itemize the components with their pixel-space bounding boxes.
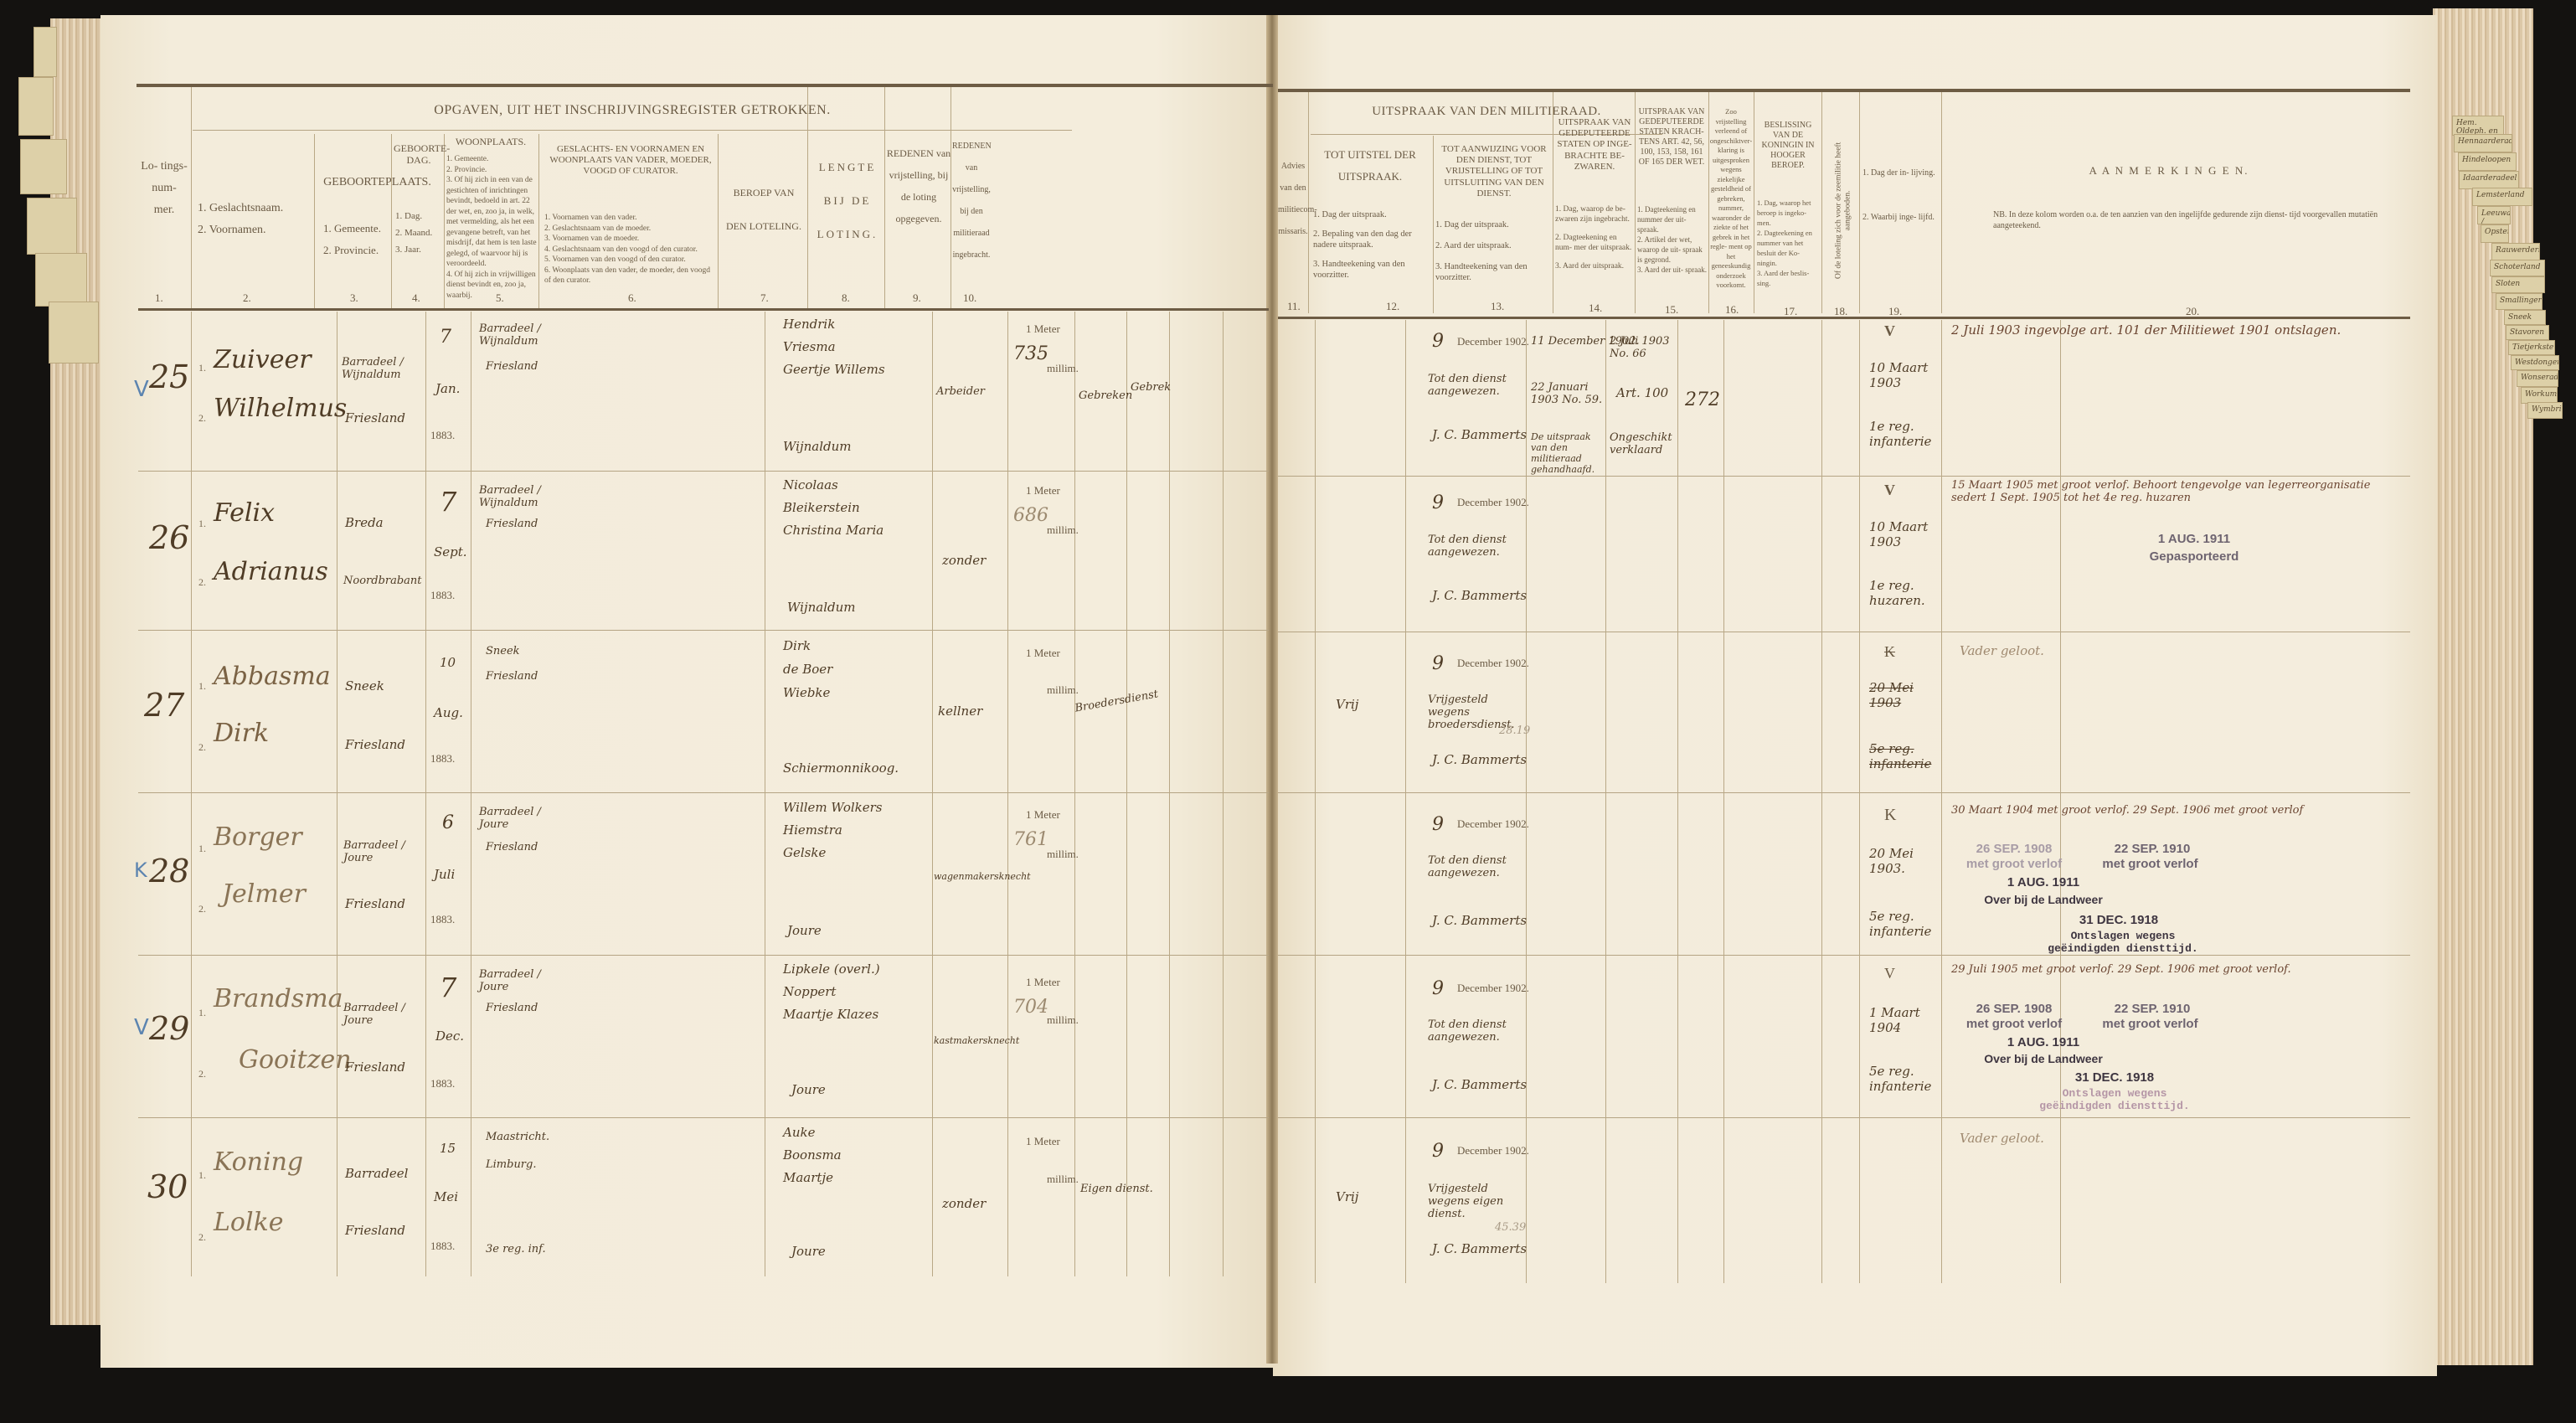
pencil-note: 28.19 (1499, 724, 1530, 737)
birth-day: 15 (440, 1141, 456, 1156)
birth-year: 1883. (430, 589, 455, 602)
exemption-reason-lottery: Eigen dienst. (1080, 1183, 1153, 1195)
index-tab[interactable]: Schoterland (2490, 260, 2545, 276)
birth-year: 1883. (430, 1077, 455, 1090)
col-divider (1169, 312, 1170, 1276)
stamp-date: 1 AUG. 1911 (1985, 1035, 2102, 1049)
height-meter: 1 Meter (1026, 1135, 1060, 1148)
row-divider (1278, 1117, 2410, 1118)
commissioner-advice: Vrij (1336, 697, 1358, 712)
stamp-text: met groot verlof (1947, 1017, 2081, 1031)
first-names: Wilhelmus (214, 394, 347, 423)
header-top-rule (1278, 89, 2410, 92)
col-number: 2. (243, 291, 251, 305)
col-divider (444, 134, 445, 310)
objection-ruling-number: 22 Januari 1903 No. 59. (1531, 381, 1605, 406)
birth-month: Dec. (435, 1029, 464, 1044)
blue-mark: K (134, 858, 147, 882)
col5-item: 1. Gemeente. (446, 154, 537, 165)
index-tab[interactable]: Wymbritseradeel (2527, 402, 2563, 419)
col14-item: 1. Dag, waarop de be- zwaren zijn ingebr… (1555, 204, 1634, 224)
remarks: 29 Juli 1905 met groot verlof. 29 Sept. … (1951, 963, 2403, 976)
lotingsnummer: 29 (149, 1010, 189, 1047)
residence-municipality: Barradeel / Joure (479, 806, 546, 831)
row-divider (1278, 792, 2410, 793)
height-millimeters: 735 (1013, 343, 1048, 364)
stamp-date: 22 SEP. 1910 (2089, 842, 2215, 856)
lotingsnummer: 28 (149, 853, 189, 889)
height-unit: millim. (1047, 683, 1079, 697)
col19-item: 2. Waarbij inge- lijfd. (1862, 212, 1938, 223)
birthplace-province: Friesland (345, 737, 405, 752)
birthplace-province: Friesland (345, 1223, 405, 1238)
mother-surname: Bleikerstein (783, 500, 860, 515)
birth-day: 6 (442, 812, 454, 833)
col-divider (1941, 92, 1942, 313)
first-names: Jelmer (222, 879, 306, 909)
decision-day: 9 (1432, 978, 1444, 999)
col-divider (951, 87, 951, 310)
pencil-note: 45.39 (1495, 1221, 1526, 1234)
decision-nature: Tot den dienst aangewezen. (1428, 854, 1524, 879)
birthplace-municipality: Barradeel / Wijnaldum (342, 356, 421, 381)
stamp-date: 1 AUG. 1911 (2119, 532, 2269, 546)
birth-month: Jan. (435, 381, 460, 396)
col4-item: 2. Maand. (395, 224, 444, 241)
col20-note: NB. In deze kolom worden o.a. de ten aan… (1993, 209, 2378, 231)
decision-day: 9 (1432, 653, 1444, 674)
row-divider (138, 630, 1269, 631)
col-divider (1526, 320, 1527, 1283)
col-number: 13. (1491, 300, 1504, 313)
left-index-tab[interactable] (49, 302, 99, 363)
col5-item: 2. Provincie. (446, 165, 537, 176)
col16-header: Zoo vrijstelling verleend of ongeschiktv… (1709, 107, 1753, 291)
mother-first-names: Wiebke (783, 685, 830, 700)
birth-month: Aug. (434, 705, 463, 720)
col-number: 11. (1287, 300, 1301, 313)
enlistment-date: 20 Mei 1903. (1869, 846, 1936, 876)
surname: Felix (214, 498, 275, 528)
stamp-text: Over bij de Landweer (1964, 893, 2123, 906)
chairman-signature: J. C. Bammerts (1432, 752, 1527, 767)
col4-item: 1. Dag. (395, 208, 444, 224)
surname: Brandsma (214, 984, 343, 1013)
col-number: 5. (496, 291, 504, 305)
ruling-date-number: 2 Juli 1903 No. 66 (1610, 335, 1677, 360)
index-tab[interactable]: Wonseradeel (2517, 370, 2558, 387)
col-divider (391, 134, 392, 310)
col9-header: REDENEN van vrijstelling, bij de loting … (886, 142, 951, 229)
col13-item: 1. Dag der uitspraak. (1435, 219, 1554, 230)
col-divider (718, 134, 719, 310)
parents-residence: Wijnaldum (787, 600, 856, 615)
col5-item: 4. Of hij zich in vrijwilligen dienst be… (446, 270, 537, 302)
surname: Zuiveer (214, 345, 312, 374)
col6-item: 4. Geslachtsnaam van den voogd of den cu… (544, 245, 716, 255)
col-divider (1941, 320, 1942, 1283)
lotingsnummer: 25 (149, 358, 189, 395)
mother-surname: Hiemstra (783, 822, 842, 838)
stamp-date: 31 DEC. 1918 (2056, 1070, 2173, 1085)
row-divider (1278, 476, 2410, 477)
col19-mark: V (1884, 322, 1895, 340)
col-divider (807, 87, 808, 310)
birth-day: 7 (440, 327, 451, 348)
col14-item: 3. Aard der uitspraak. (1555, 261, 1634, 271)
birth-day: 7 (440, 972, 456, 1003)
col-divider (1315, 320, 1316, 1283)
index-tab[interactable]: Idaarderadeel (2459, 171, 2519, 189)
birth-day: 10 (440, 655, 456, 670)
enlisted-unit: 5e reg. infanterie (1869, 741, 1936, 771)
occupation: wagenmakersknecht (934, 871, 1031, 882)
col7-header: BEROEP VAN DEN LOTELING. (722, 176, 806, 243)
col19-item: 1. Dag der in- lijving. (1862, 168, 1938, 178)
birthplace-municipality: Barradeel / Joure (343, 839, 420, 864)
col12-item: 3. Handteekening van den voorzitter. (1313, 259, 1430, 281)
col4-item: 3. Jaar. (395, 241, 444, 258)
height-meter: 1 Meter (1026, 976, 1060, 989)
residence-province: Friesland (486, 518, 538, 530)
header-bottom-rule (138, 308, 1269, 311)
stamp-text: Gepasporteerd (2119, 549, 2269, 564)
residence-province: Friesland (486, 670, 538, 683)
col-divider (1126, 312, 1127, 1276)
col15-item: 3. Aard der uit- spraak. (1637, 265, 1708, 275)
left-index-tab[interactable] (20, 139, 67, 194)
decision-nature: Tot den dienst aangewezen. (1428, 1018, 1524, 1044)
col-divider (538, 134, 539, 310)
birthplace-municipality: Sneek (345, 678, 384, 693)
blue-check-mark: V (134, 1015, 149, 1040)
col17-header: BESLISSING VAN DE KONINGIN IN HOOGER BER… (1755, 121, 1821, 171)
col12-items: 1. Dag der uitspraak. 2. Bepaling van de… (1313, 209, 1430, 281)
col13-item: 3. Handteekening van den voorzitter. (1435, 261, 1554, 283)
col3-header: GEBOORTEPLAATS. (317, 176, 438, 190)
col-divider (1308, 92, 1309, 313)
left-index-tab[interactable] (27, 198, 77, 255)
birthplace-municipality: Breda (345, 515, 384, 530)
parents-residence: Joure (791, 1244, 826, 1259)
chairman-signature: J. C. Bammerts (1432, 1077, 1527, 1092)
decision-date: December 1902. (1457, 335, 1529, 348)
height-meter: 1 Meter (1026, 647, 1060, 660)
row-divider (138, 1117, 1269, 1118)
row-divider (138, 792, 1269, 793)
col5-item: 3. Of hij zich in een van de gestichten … (446, 175, 537, 270)
first-names: Gooitzen (239, 1045, 352, 1075)
col-divider (1859, 320, 1860, 1283)
disease-number: 272 (1685, 389, 1720, 410)
decision-date: December 1902. (1457, 657, 1529, 670)
col6-item: 5. Voornamen van den voogd of den curato… (544, 255, 716, 266)
exemption-reason-council: Gebrek (1131, 381, 1171, 394)
blue-check-mark: V (134, 377, 149, 402)
birth-year: 1883. (430, 752, 455, 766)
residence-province: Limburg. (486, 1158, 536, 1171)
col-number: 1. (155, 291, 163, 305)
residence-municipality: Barradeel / Wijnaldum (479, 484, 546, 509)
father-first-names: Hendrik (783, 317, 835, 332)
col-divider (1074, 312, 1075, 1276)
index-tab[interactable]: Tietjerksteradeel (2508, 340, 2555, 355)
col-divider (191, 312, 192, 1276)
enlistment-date: 10 Maart 1903 (1869, 360, 1936, 390)
stamp-text: met groot verlof (2077, 1017, 2223, 1031)
col6-item: 2. Geslachtsnaam van de moeder. (544, 224, 716, 235)
col13-header: TOT AANWIJZING VOOR DEN DIENST, TOT VRIJ… (1435, 144, 1553, 199)
col19-mark: K (1884, 806, 1896, 825)
remarks: 2 Juli 1903 ingevolge art. 101 der Milit… (1951, 322, 2403, 338)
col17-item: 1. Dag, waarop het beroep is ingeko- men… (1757, 198, 1821, 228)
birth-month: Sept. (434, 544, 467, 559)
col17-items: 1. Dag, waarop het beroep is ingeko- men… (1757, 198, 1821, 288)
birth-year: 1883. (430, 1240, 455, 1253)
birthplace-municipality: Barradeel / Joure (343, 1002, 420, 1027)
col-divider (884, 87, 885, 310)
col-number: 16. (1725, 303, 1739, 317)
mother-surname: de Boer (783, 662, 832, 677)
col14-item: 2. Dagteekening en num- mer der uitspraa… (1555, 233, 1634, 253)
col8-header: LENGTE BIJ DE LOTING. (811, 151, 884, 251)
birth-year: 1883. (430, 429, 455, 442)
stamp-text: met groot verlof (1947, 857, 2081, 871)
left-index-tab[interactable] (35, 253, 87, 307)
enlistment-date: 20 Mei 1903 (1869, 680, 1936, 710)
col5-header: WOONPLAATS. (446, 136, 536, 147)
height-unit: millim. (1047, 1173, 1079, 1186)
col-number: 14. (1589, 302, 1602, 315)
objection-ruling-nature: De uitspraak van den militieraad gehandh… (1531, 431, 1606, 475)
occupation: zonder (942, 553, 986, 568)
col17-item: 2. Dagteekening en nummer van het beslui… (1757, 228, 1821, 268)
stamp-date: 26 SEP. 1908 (1951, 842, 2077, 856)
col19-mark: K (1884, 643, 1895, 661)
left-section-title: OPGAVEN, UIT HET INSCHRIJVINGSREGISTER G… (193, 102, 1072, 118)
col6-items: 1. Voornamen van den vader. 2. Geslachts… (544, 213, 716, 286)
col12-item: 1. Dag der uitspraak. (1313, 209, 1430, 220)
parents-residence: Joure (791, 1082, 826, 1097)
commissioner-advice: Vrij (1336, 1189, 1358, 1204)
row-divider (138, 955, 1269, 956)
col15-item: 2. Artikel der wet, waarop de uit- spraa… (1637, 235, 1708, 265)
col-divider (765, 312, 765, 1276)
index-tab[interactable]: Sneek (2504, 310, 2546, 325)
decision-day: 9 (1432, 814, 1444, 835)
mother-first-names: Gelske (783, 845, 826, 860)
voluntary-service: 3e reg. inf. (486, 1243, 546, 1255)
index-tab[interactable]: Sloten (2491, 276, 2545, 293)
height-unit: millim. (1047, 848, 1079, 861)
remarks: 15 Maart 1905 met groot verlof. Behoort … (1951, 479, 2403, 504)
height-unit: millim. (1047, 523, 1079, 537)
height-millimeters: 704 (1013, 997, 1048, 1018)
lotingsnummer: 30 (147, 1168, 188, 1205)
col-divider (1007, 312, 1008, 1276)
birthplace-municipality: Barradeel (345, 1166, 408, 1181)
lotingsnummer: 26 (149, 519, 189, 556)
col-number: 8. (842, 291, 850, 305)
col4-items: 1. Dag. 2. Maand. 3. Jaar. (395, 208, 444, 258)
col15-item: 1. Dagteekening en nummer der uit- spraa… (1637, 204, 1708, 235)
decision-day: 9 (1432, 331, 1444, 352)
birthplace-province: Noordbrabant (343, 575, 422, 587)
stamp-date: 31 DEC. 1918 (2060, 913, 2177, 927)
surname: Abbasma (214, 662, 331, 691)
index-tab[interactable]: Hindeloopen (2458, 152, 2517, 171)
stamp-text: met groot verlof (2077, 857, 2223, 871)
col19-mark: V (1884, 965, 1895, 982)
remarks: Vader geloot. (1960, 643, 2044, 658)
col19-items: 1. Dag der in- lijving. 2. Waarbij inge-… (1862, 168, 1938, 223)
chairman-signature: J. C. Bammerts (1432, 1241, 1527, 1256)
col11-header: Advies van den militiecom- missaris. (1278, 156, 1308, 243)
index-tab[interactable]: Hem. Oldeph. en N.w. (2452, 116, 2504, 136)
birthplace-province: Friesland (345, 410, 405, 425)
first-names: Lolke (214, 1208, 284, 1237)
index-tab[interactable]: Smallingerland (2496, 293, 2543, 310)
col4-header: GEBOORTE- DAG. (394, 142, 444, 167)
height-millimeters: 761 (1013, 829, 1048, 850)
decision-nature: Tot den dienst aangewezen. (1428, 373, 1524, 398)
parents-residence: Joure (787, 923, 822, 938)
residence-municipality: Barradeel / Wijnaldum (479, 322, 546, 348)
height-unit: millim. (1047, 362, 1079, 375)
header-bottom-rule (1278, 317, 2410, 319)
lotingsnummer: 27 (144, 687, 184, 724)
row-divider (138, 471, 1269, 472)
residence-province: Friesland (486, 841, 538, 853)
col15-header: UITSPRAAK VAN GEDEPUTEERDE STATEN KRACH-… (1636, 107, 1707, 168)
ruling-nature: Ongeschikt verklaard (1610, 431, 1677, 456)
row-divider (1278, 632, 2410, 632)
col-number: 12. (1386, 300, 1399, 313)
father-first-names: Auke (783, 1125, 815, 1140)
birthplace-province: Friesland (345, 1060, 405, 1075)
col-divider (1405, 320, 1406, 1283)
col-divider (1723, 320, 1724, 1283)
enlisted-unit: 5e reg. infanterie (1869, 909, 1936, 939)
col-number: 4. (412, 291, 420, 305)
enlistment-date: 1 Maart 1904 (1869, 1005, 1936, 1035)
col6-item: 6. Woonplaats van den vader, de moeder, … (544, 266, 716, 286)
index-tab[interactable]: Hennaarderadeel (2454, 134, 2512, 152)
col13-item: 2. Aard der uitspraak. (1435, 240, 1554, 251)
stamp-date: 22 SEP. 1910 (2089, 1002, 2215, 1016)
col-divider (1677, 320, 1678, 1283)
open-register-book: OPGAVEN, UIT HET INSCHRIJVINGSREGISTER G… (0, 0, 2576, 1423)
col-number: 7. (760, 291, 769, 305)
index-tab[interactable]: Westdongeradeel (2511, 355, 2559, 370)
header-top-rule (137, 84, 1273, 87)
enlisted-unit: 5e reg. infanterie (1869, 1064, 1936, 1094)
mother-first-names: Maartje Klazes (783, 1007, 878, 1022)
occupation: kellner (938, 704, 982, 719)
index-tab[interactable]: Stavoren (2506, 325, 2549, 340)
index-tab[interactable]: Leeuwarden / Oostdongeradeel (2477, 206, 2511, 224)
decision-date: December 1902. (1457, 982, 1529, 995)
residence-province: Friesland (486, 1002, 538, 1014)
col-number: 10. (963, 291, 976, 305)
remarks: Vader geloot. (1960, 1131, 2044, 1146)
row-divider (1278, 955, 2410, 956)
col-divider (1553, 92, 1553, 313)
index-tab[interactable]: Workum (2521, 387, 2558, 404)
mother-first-names: Geertje Willems (783, 362, 885, 377)
birth-day: 7 (440, 486, 456, 518)
col6-item: 1. Voornamen van den vader. (544, 213, 716, 224)
height-unit: millim. (1047, 1013, 1079, 1027)
father-first-names: Lipkele (overl.) (783, 962, 880, 977)
col18-header: Of de loteling zich voor de zeemilitie h… (1835, 135, 1854, 286)
col-number: 6. (628, 291, 636, 305)
mother-surname: Noppert (783, 984, 836, 999)
col-divider (932, 312, 933, 1276)
decision-nature: Tot den dienst aangewezen. (1428, 534, 1524, 559)
index-tab[interactable]: Rauwerderhem (2491, 243, 2540, 261)
father-first-names: Willem Wolkers (783, 800, 882, 815)
decision-date: December 1902. (1457, 1144, 1529, 1157)
section-rule (193, 130, 1072, 131)
remarks: 30 Maart 1904 met groot verlof. 29 Sept.… (1951, 804, 2403, 817)
decision-nature: Vrijgesteld wegens eigen dienst. (1428, 1183, 1524, 1220)
stamp-date: 1 AUG. 1911 (1985, 875, 2102, 889)
parents-residence: Wijnaldum (783, 439, 852, 454)
col-number: 9. (913, 291, 921, 305)
height-meter: 1 Meter (1026, 808, 1060, 822)
col-divider (1859, 92, 1860, 313)
birth-month: Juli (434, 867, 455, 882)
height-meter: 1 Meter (1026, 484, 1060, 498)
index-tab[interactable]: Opsterland (2481, 224, 2509, 243)
stamp-text: Over bij de Landweer (1964, 1052, 2123, 1065)
residence-province: Friesland (486, 360, 538, 373)
first-names: Adrianus (214, 557, 328, 586)
left-index-tab[interactable] (18, 77, 54, 136)
stamp-date: 26 SEP. 1908 (1951, 1002, 2077, 1016)
height-meter: 1 Meter (1026, 322, 1060, 336)
enlisted-unit: 1e reg. infanterie (1869, 419, 1936, 449)
first-names: Dirk (214, 719, 269, 748)
surname: Koning (214, 1147, 303, 1177)
occupation: kastmakersknecht (934, 1035, 1019, 1046)
col-divider (1754, 92, 1754, 313)
col-divider (191, 87, 192, 310)
col-divider (425, 312, 426, 1276)
col-number: 15. (1665, 303, 1678, 317)
residence-municipality: Barradeel / Joure (479, 968, 546, 993)
left-index-tab[interactable] (33, 27, 57, 77)
birth-month: Mei (434, 1189, 458, 1204)
col20-header: A A N M E R K I N G E N. (1951, 164, 2387, 178)
birth-year: 1883. (430, 913, 455, 926)
col-number: 3. (350, 291, 358, 305)
stamp-text: Ontslagen wegens geëindigden diensttijd. (2035, 1087, 2194, 1112)
surname: Borger (214, 822, 302, 852)
col-divider (1821, 320, 1822, 1283)
chairman-signature: J. C. Bammerts (1432, 588, 1527, 603)
col14-header: UITSPRAAK VAN GEDEPUTEERDE STATEN OP ING… (1555, 117, 1634, 173)
index-tab[interactable]: Lemsterland (2472, 188, 2532, 206)
col10-header: REDENEN van vrijstelling, bij den militi… (952, 136, 991, 266)
col-divider (2060, 320, 2061, 1283)
decision-date: December 1902. (1457, 817, 1529, 831)
mother-surname: Vriesma (783, 339, 836, 354)
decision-day: 9 (1432, 1141, 1444, 1162)
col-divider (314, 134, 315, 310)
occupation: Arbeider (936, 385, 985, 398)
